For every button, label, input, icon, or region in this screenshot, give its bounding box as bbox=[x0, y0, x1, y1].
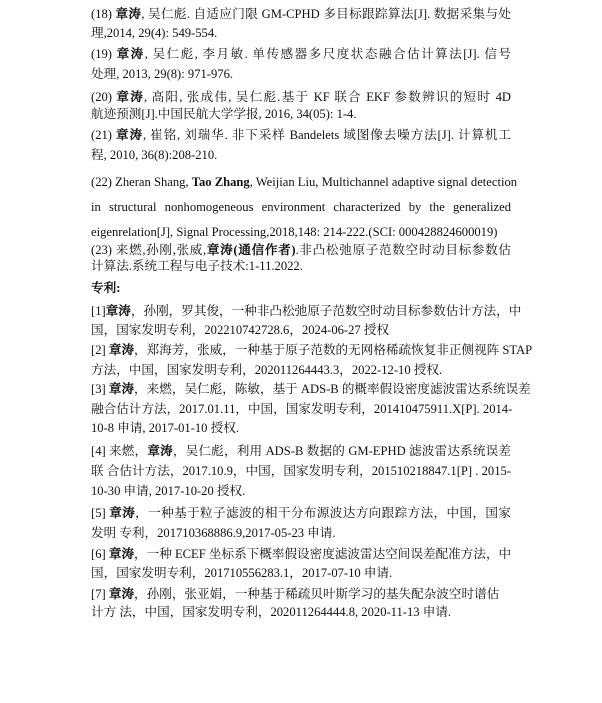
paper-22-line-3: eigenrelation[J], Signal Processing,2018… bbox=[91, 224, 511, 240]
patent-5-line-1: [5] 章涛，一种基于粒子滤波的相干分布源波达方向跟踪方法，中国，国家 bbox=[91, 505, 511, 521]
patent-7-line-1: [7] 章涛，孙刚，张亚娟，一种基于稀疏贝叶斯学习的基失配杂波空时谱估 bbox=[91, 586, 511, 602]
paper-19-line-1: (19) 章涛, 吴仁彪, 李月敏. 单传感器多尺度状态融合估计算法[J]. 信… bbox=[91, 46, 511, 62]
author-highlight: 章涛 bbox=[109, 343, 134, 357]
paper-21-line-1: (21) 章涛, 崔铭, 刘瑞华. 非下采样 Bandelets 域图像去噪方法… bbox=[91, 127, 511, 143]
patent-3-line-1: [3] 章涛，来燃，吴仁彪，陈敏，基于 ADS-B 的概率假设密度滤波雷达系统误… bbox=[91, 381, 511, 397]
author-highlight: 章涛 bbox=[109, 587, 134, 601]
paper-23-line-1: (23) 来燃,孙刚,张威,章涛(通信作者).非凸松弛原子范数空时动目标参数估 bbox=[91, 242, 511, 258]
patent-3-line-3: 10-8 申请, 2017-01-10 授权. bbox=[91, 420, 511, 436]
paper-20-line-1: (20) 章涛, 高阳, 张成伟, 吴仁彪.基于 KF 联合 EKF 参数辨识的… bbox=[91, 89, 511, 105]
patent-4-line-2: 联 合估计方法，2017.10.9，中国，国家发明专利，201510218847… bbox=[91, 463, 511, 479]
paper-22-line-2: in structural nonhomogeneous environment… bbox=[91, 199, 511, 215]
patent-7-line-2: 计方 法，中国，国家发明专利，202011264444.8, 2020-11-1… bbox=[91, 604, 511, 620]
author-highlight: 章涛 bbox=[115, 7, 141, 21]
author-highlight: 章涛 bbox=[116, 90, 144, 104]
paper-18-line-2: 理,2014, 29(4): 549-554. bbox=[91, 25, 511, 41]
paper-23-line-2: 计算法.系统工程与电子技术:1-11.2022. bbox=[91, 258, 511, 274]
patent-6-line-1: [6] 章涛，一种 ECEF 坐标系下概率假设密度滤波雷达空间误差配准方法，中 bbox=[91, 546, 511, 562]
author-highlight: 章涛 bbox=[106, 304, 131, 318]
patent-2-line-2: 方法，中国，国家发明专利，202011264443.3，2022-12-10 授… bbox=[91, 362, 511, 378]
author-highlight: 章涛 bbox=[109, 547, 134, 561]
author-highlight: 章涛 bbox=[109, 382, 134, 396]
patent-1-line-1: [1]章涛，孙刚，罗其俊，一种非凸松弛原子范数空时动目标参数估计方法，中 bbox=[91, 303, 511, 319]
patent-4-line-3: 10-30 申请, 2017-10-20 授权. bbox=[91, 483, 511, 499]
patent-5-line-2: 发明 专利，201710368886.9,2017-05-23 申请. bbox=[91, 525, 511, 541]
paper-22-line-1: (22) Zheran Shang, Tao Zhang, Weijian Li… bbox=[91, 174, 511, 190]
paper-20-line-2: 航迹预测[J].中国民航大学学报, 2016, 34(05): 1-4. bbox=[91, 106, 511, 122]
paper-21-line-2: 程, 2010, 36(8):208-210. bbox=[91, 147, 511, 163]
paper-19-line-2: 处理, 2013, 29(8): 971-976. bbox=[91, 66, 511, 82]
patents-heading: 专利: bbox=[91, 280, 511, 296]
patent-6-line-2: 国，国家发明专利，201710556283.1，2017-07-10 申请. bbox=[91, 565, 511, 581]
author-highlight: 章涛 bbox=[116, 128, 143, 142]
author-highlight: 章涛 bbox=[109, 506, 135, 520]
author-highlight: 章涛(通信作者) bbox=[206, 243, 295, 257]
document-page: (18) 章涛, 吴仁彪. 自适应门限 GM-CPHD 多目标跟踪算法[J]. … bbox=[0, 0, 602, 703]
paper-18-line-1: (18) 章涛, 吴仁彪. 自适应门限 GM-CPHD 多目标跟踪算法[J]. … bbox=[91, 6, 511, 22]
author-highlight: 章涛 bbox=[117, 47, 145, 61]
author-highlight: Tao Zhang bbox=[192, 175, 250, 189]
patent-2-line-1: [2] 章涛，郑海芳，张威，一种基于原子范数的无网格稀疏恢复非正侧视阵 STAP bbox=[91, 342, 511, 358]
author-highlight: 章涛 bbox=[147, 444, 173, 458]
patent-1-line-2: 国，国家发明专利，202210742728.6，2024-06-27 授权 bbox=[91, 322, 511, 338]
patent-3-line-2: 融合估计方法，2017.01.11，中国，国家发明专利，201410475911… bbox=[91, 401, 511, 417]
patent-4-line-1: [4] 来燃，章涛，吴仁彪，利用 ADS-B 数据的 GM-EPHD 滤波雷达系… bbox=[91, 443, 511, 459]
